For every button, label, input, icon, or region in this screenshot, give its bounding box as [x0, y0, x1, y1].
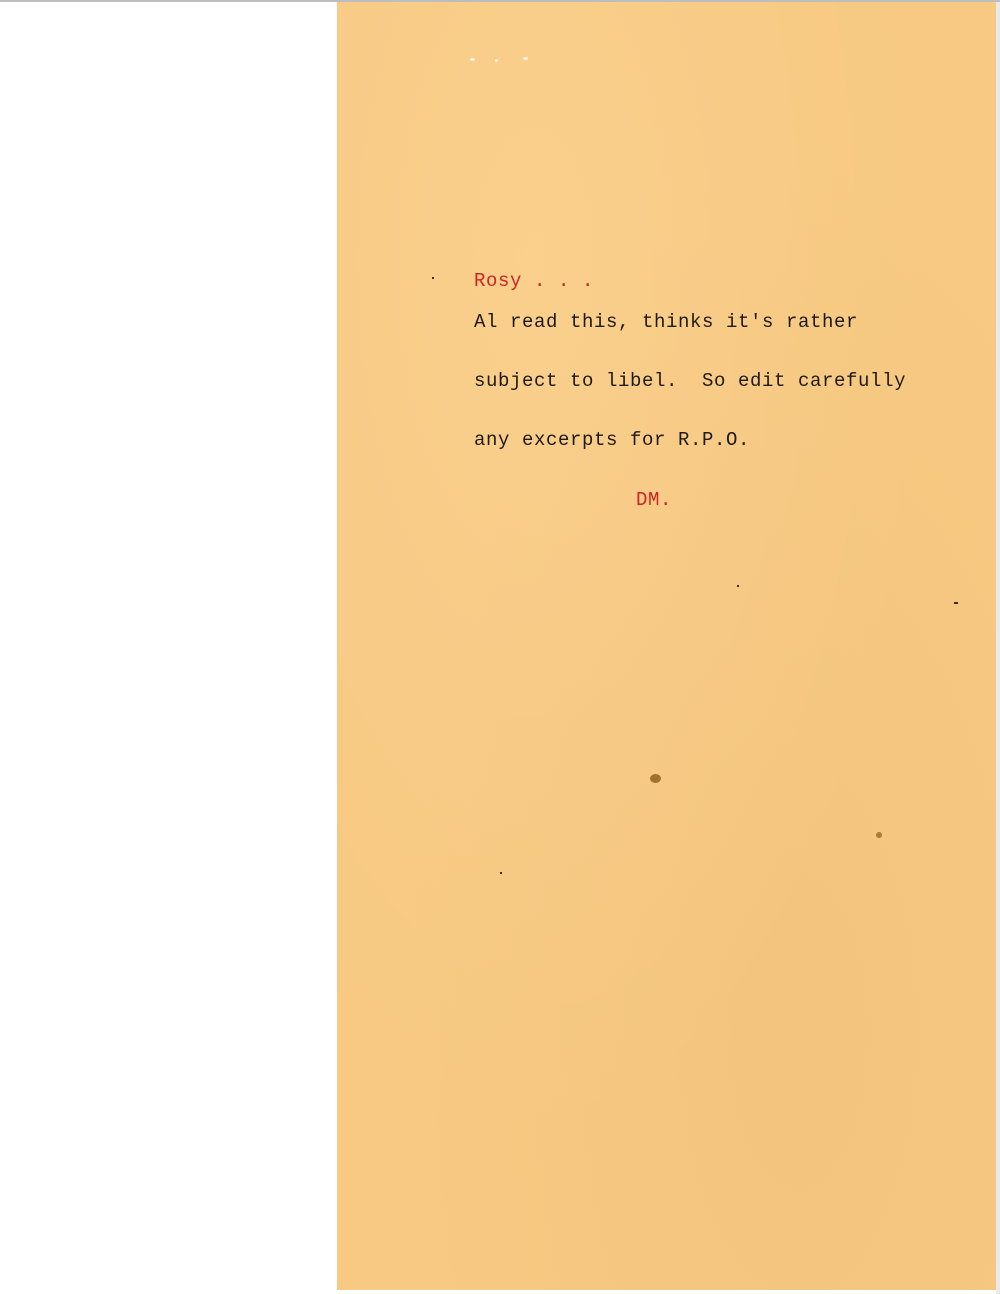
speck — [737, 585, 739, 587]
body-line-3: any excerpts for R.P.O. — [474, 429, 750, 451]
salutation: Rosy . . . — [474, 270, 594, 292]
speck — [954, 602, 958, 604]
manila-paper-sheet: Rosy . . . Al read this, thinks it's rat… — [337, 2, 996, 1290]
body-line-1: Al read this, thinks it's rather — [474, 311, 858, 333]
scan-right-border — [996, 2, 1000, 1294]
speck — [432, 277, 434, 279]
pin-hole — [470, 58, 475, 61]
pin-hole — [523, 57, 528, 60]
stain-spot — [650, 774, 661, 783]
pin-hole — [495, 59, 498, 62]
speck — [500, 872, 502, 874]
stain-spot — [876, 832, 882, 838]
body-line-2: subject to libel. So edit carefully — [474, 370, 906, 392]
signature: DM. — [636, 489, 672, 511]
